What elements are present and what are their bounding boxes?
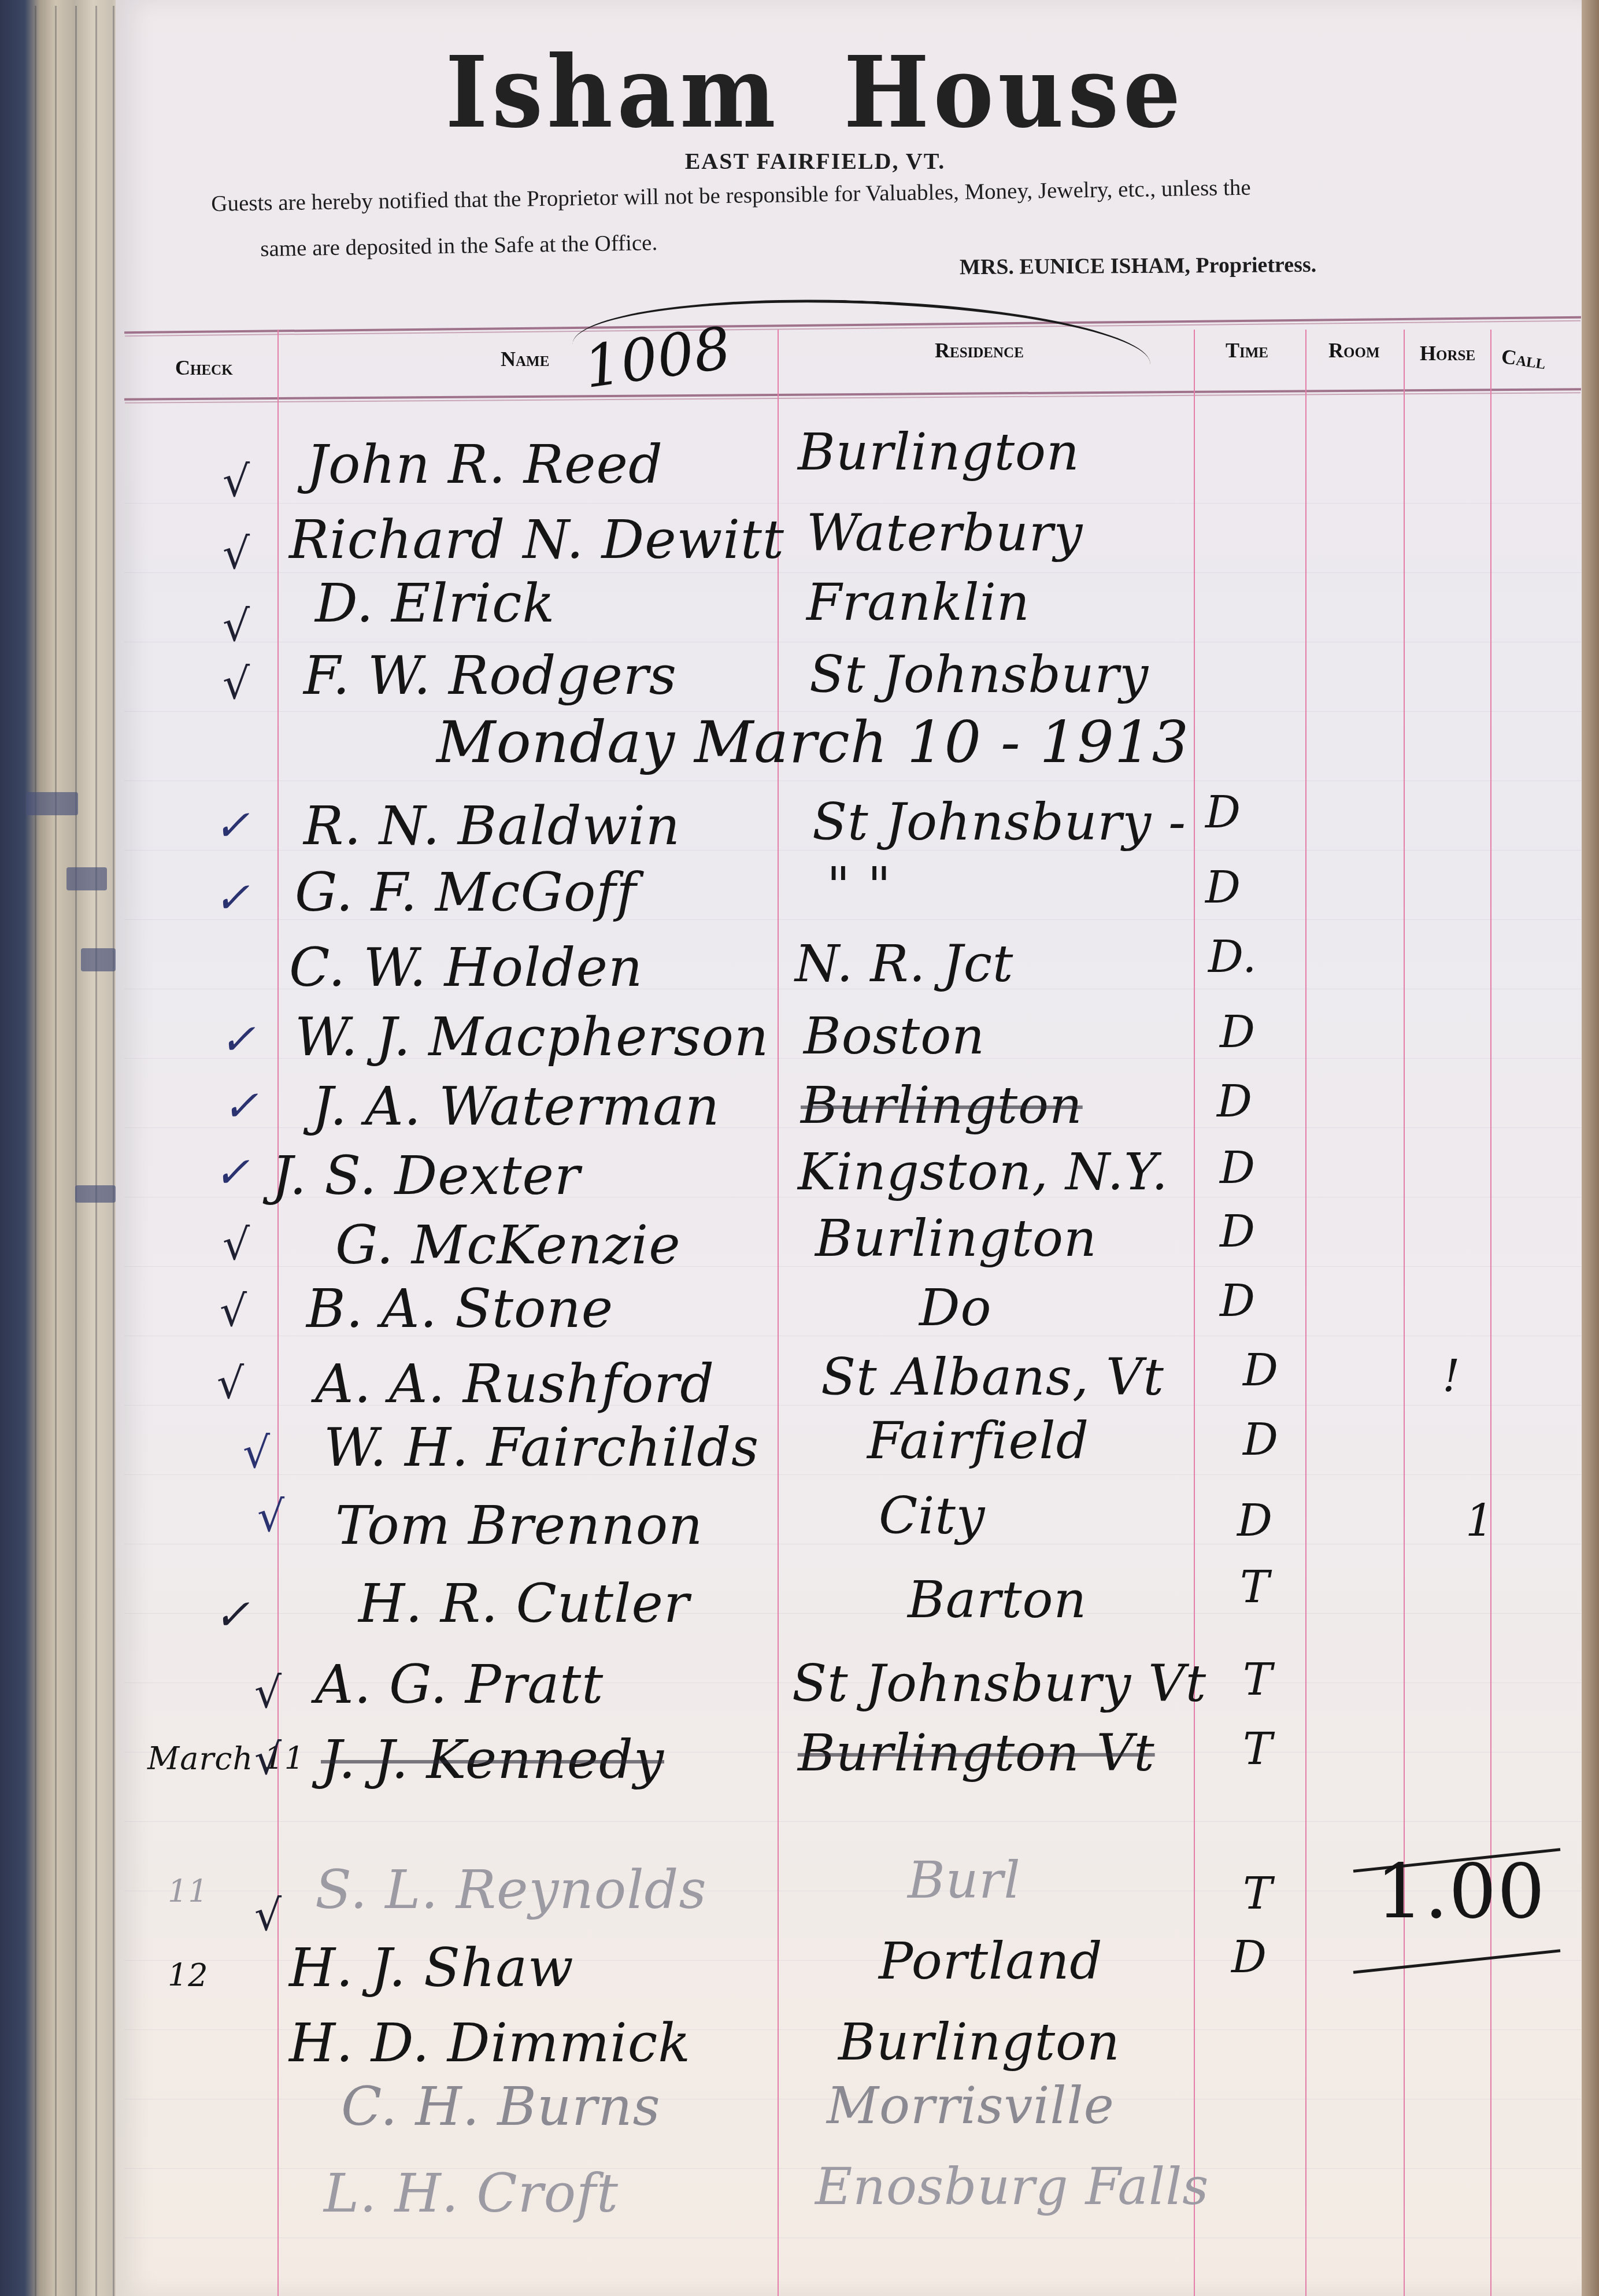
guest-residence: Franklin xyxy=(806,572,1030,632)
guest-time: D xyxy=(1220,1206,1256,1257)
guest-name: S. L. Reynolds xyxy=(315,1859,707,1921)
guest-residence: " " xyxy=(827,856,891,915)
guest-name: John R. Reed xyxy=(306,434,663,496)
check-mark: ✓ xyxy=(214,1590,250,1640)
column-header-name: Name xyxy=(501,347,549,371)
check-mark: √ xyxy=(220,1286,247,1336)
column-divider-room xyxy=(1404,330,1405,2296)
guest-time: D xyxy=(1220,1006,1256,1058)
guest-residence: Burlington xyxy=(798,422,1080,482)
guest-name: R. N. Baldwin xyxy=(303,795,680,857)
guest-residence: Morrisville xyxy=(827,2076,1115,2135)
guest-residence: Do xyxy=(919,1278,992,1337)
guest-time: D xyxy=(1220,1275,1256,1326)
guest-residence: City xyxy=(879,1486,986,1546)
book-page-edges xyxy=(0,0,124,2296)
page-edge-line xyxy=(95,6,97,2296)
guest-time: D xyxy=(1217,1075,1253,1127)
guest-name: J. A. Waterman xyxy=(312,1075,720,1137)
margin-date-note: 12 xyxy=(168,1957,209,1994)
guest-time: D xyxy=(1205,786,1241,838)
title-word-house: House xyxy=(843,35,1185,150)
title-word-isham: Isham xyxy=(445,35,780,150)
book-right-edge xyxy=(1582,0,1599,2296)
row-rule xyxy=(124,781,1581,781)
column-divider-residence xyxy=(1194,330,1195,2296)
guest-name: W. H. Fairchilds xyxy=(324,1417,759,1478)
total-amount: 1.00 xyxy=(1376,1847,1545,1935)
guest-name: J. J. Kennedy xyxy=(321,1729,664,1791)
guest-time: D xyxy=(1243,1414,1279,1465)
hotel-title: IshamHouse xyxy=(363,35,1267,150)
ink-stain xyxy=(81,948,116,971)
guest-name: L. H. Croft xyxy=(324,2162,619,2224)
row-rule xyxy=(124,2238,1581,2238)
guest-name: C. W. Holden xyxy=(289,937,643,999)
guest-name: G. F. McGoff xyxy=(295,862,636,923)
guest-residence: Fairfield xyxy=(867,1411,1089,1470)
guest-residence: Burlington xyxy=(801,1075,1083,1135)
page-edge-line xyxy=(55,6,57,2296)
proprietress-line: MRS. EUNICE ISHAM, Proprietress. xyxy=(960,252,1316,280)
guest-name: B. A. Stone xyxy=(306,1278,613,1340)
check-mark: √ xyxy=(223,601,250,651)
check-mark: √ xyxy=(223,457,250,506)
guest-name: C. H. Burns xyxy=(341,2076,661,2138)
guest-call-mark: 1 xyxy=(1465,1495,1494,1546)
guest-time: D xyxy=(1237,1495,1273,1546)
column-divider-check xyxy=(277,330,279,2296)
column-header-time: Time xyxy=(1226,338,1268,363)
check-mark: ✓ xyxy=(223,1081,259,1131)
date-line: Monday March 10 - 1913 xyxy=(436,708,1189,776)
check-mark: √ xyxy=(257,1492,285,1541)
guest-name: Tom Brennon xyxy=(335,1495,703,1556)
check-mark: ✓ xyxy=(214,1148,250,1197)
column-header-check: Check xyxy=(175,356,233,380)
check-mark: ✓ xyxy=(214,801,250,851)
check-mark: √ xyxy=(217,1359,245,1408)
guest-name: W. J. Macpherson xyxy=(295,1006,769,1068)
guest-residence: Waterbury xyxy=(806,503,1083,563)
guest-residence: St Johnsbury - xyxy=(812,792,1186,852)
row-rule xyxy=(124,642,1581,642)
guest-name: H. D. Dimmick xyxy=(289,2012,691,2074)
hotel-location: EAST FAIRFIELD, VT. xyxy=(555,147,1075,175)
check-mark: √ xyxy=(254,1668,282,1718)
guest-residence: Burl xyxy=(908,1850,1021,1910)
column-divider-name xyxy=(778,330,779,2296)
guest-name: A. A. Rushford xyxy=(315,1353,715,1415)
guest-call-mark: ! xyxy=(1442,1350,1461,1402)
ink-stain xyxy=(26,792,78,815)
column-header-room: Room xyxy=(1328,338,1380,363)
guest-residence: Burlington xyxy=(838,2012,1120,2072)
guest-time: D. xyxy=(1208,931,1257,982)
guest-name: G. McKenzie xyxy=(335,1214,681,1276)
page-edge-line xyxy=(75,6,77,2296)
guest-time: T xyxy=(1240,1561,1270,1613)
row-rule xyxy=(124,1821,1581,1822)
guest-residence: Enosburg Falls xyxy=(815,2157,1209,2216)
ink-stain xyxy=(75,1185,116,1203)
column-header-horse: Horse xyxy=(1420,341,1475,365)
guest-residence: St Johnsbury xyxy=(809,645,1149,704)
row-rule xyxy=(124,1613,1581,1614)
guest-name: F. W. Rodgers xyxy=(303,645,677,707)
check-mark: ✓ xyxy=(220,1015,256,1064)
guest-residence: Portland xyxy=(879,1931,1103,1991)
guest-residence: Barton xyxy=(908,1570,1087,1629)
guest-residence: Burlington Vt xyxy=(798,1723,1155,1783)
check-mark: ✓ xyxy=(214,873,250,923)
guest-residence: St Johnsbury Vt xyxy=(792,1654,1206,1713)
column-divider-horse xyxy=(1490,330,1491,2296)
ink-stain xyxy=(66,867,107,890)
check-mark: √ xyxy=(223,659,250,709)
check-mark: √ xyxy=(223,529,250,579)
guest-time: D xyxy=(1205,862,1241,913)
check-mark: √ xyxy=(254,1891,282,1940)
guest-name: H. J. Shaw xyxy=(289,1937,574,1999)
guest-residence: Boston xyxy=(804,1006,985,1066)
check-mark: √ xyxy=(254,1735,282,1784)
page-edge-line xyxy=(113,6,114,2296)
guest-time: D xyxy=(1220,1142,1256,1193)
guest-residence: Burlington xyxy=(815,1208,1097,1268)
guest-time: T xyxy=(1243,1723,1273,1774)
column-divider-time xyxy=(1305,330,1306,2296)
check-mark: √ xyxy=(243,1428,271,1478)
guest-time: D xyxy=(1231,1931,1267,1983)
guest-residence: St Albans, Vt xyxy=(821,1347,1164,1407)
guest-time: D xyxy=(1243,1344,1279,1396)
guest-name: D. Elrick xyxy=(315,572,555,634)
page-edge-line xyxy=(35,6,36,2296)
check-mark: √ xyxy=(223,1220,250,1270)
margin-date-note: 11 xyxy=(168,1873,209,1910)
guest-time: T xyxy=(1243,1654,1273,1705)
guest-name: Richard N. Dewitt xyxy=(289,509,784,571)
guest-residence: Kingston, N.Y. xyxy=(798,1142,1168,1201)
guest-time: T xyxy=(1243,1868,1273,1919)
guest-residence: N. R. Jct xyxy=(795,934,1013,993)
guest-name: J. S. Dexter xyxy=(272,1145,580,1207)
guest-name: H. R. Cutler xyxy=(358,1573,690,1635)
guest-name: A. G. Pratt xyxy=(315,1654,604,1715)
